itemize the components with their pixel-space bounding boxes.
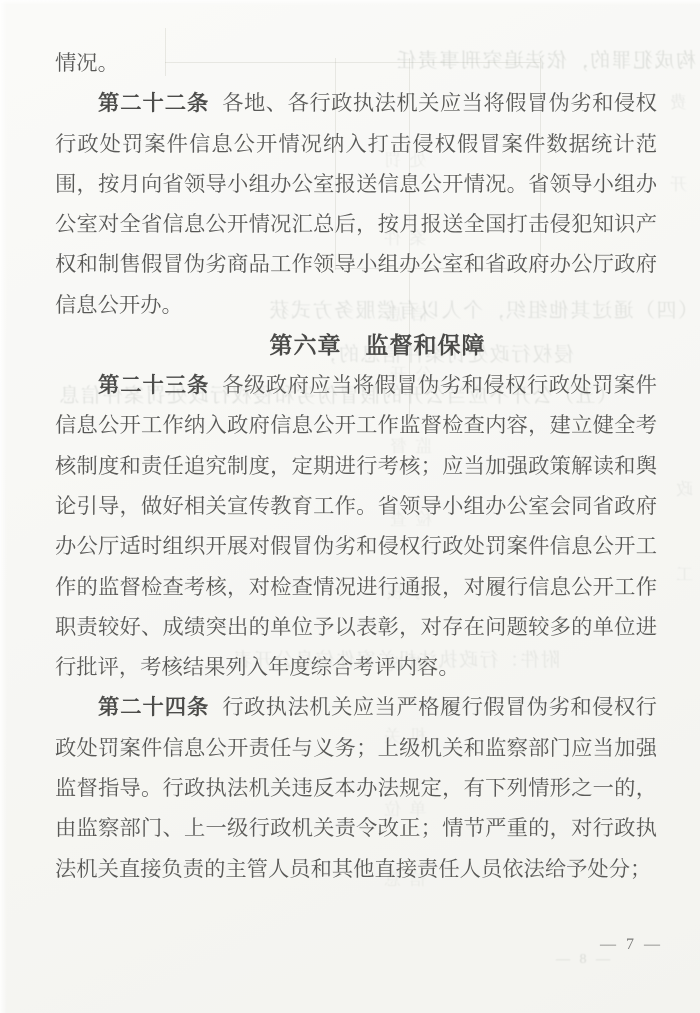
scan-edge [0,0,7,1013]
paragraph-continuation: 情况。 [55,43,657,83]
bleed-fragment: 政 [674,475,693,500]
bleed-fragment: 工 [674,560,693,585]
article-22-body: 各地、各行政执法机关应当将假冒伪劣和侵权行政处罚案件信息公开情况纳入打击侵权假冒… [55,91,657,316]
scanned-document-page: 构成犯罪的，依法追究刑事责任 （四）通过其他组织，个人以有偿服务方式获 侵权行政… [0,0,700,1013]
article-24-number: 第二十四条 [98,695,209,719]
article-24-body: 行政执法机关应当严格履行假冒伪劣和侵权行政处罚案件信息公开责任与义务；上级机关和… [55,695,657,880]
article-22: 第二十二条各地、各行政执法机关应当将假冒伪劣和侵权行政处罚案件信息公开情况纳入打… [55,83,657,325]
article-23: 第二十三条各级政府应当将假冒伪劣和侵权行政处罚案件信息公开工作纳入政府信息公开工… [55,365,657,687]
chapter-heading: 第六章 监督和保障 [55,325,657,365]
body-text: 情况。 第二十二条各地、各行政执法机关应当将假冒伪劣和侵权行政处罚案件信息公开情… [55,43,657,889]
article-23-body: 各级政府应当将假冒伪劣和侵权行政处罚案件信息公开工作纳入政府信息公开工作监督检查… [55,373,657,679]
article-24: 第二十四条行政执法机关应当严格履行假冒伪劣和侵权行政处罚案件信息公开责任与义务；… [55,687,657,888]
bleed-page-number: — 8 — [553,952,610,968]
article-23-number: 第二十三条 [98,373,209,397]
article-22-number: 第二十二条 [98,91,209,115]
bleed-fragment: 费 [668,88,687,113]
bleed-fragment: 开 [668,170,687,195]
page-number: — 7 — [600,936,663,954]
continuation-text: 情况。 [55,51,119,75]
scan-edge [0,0,700,5]
